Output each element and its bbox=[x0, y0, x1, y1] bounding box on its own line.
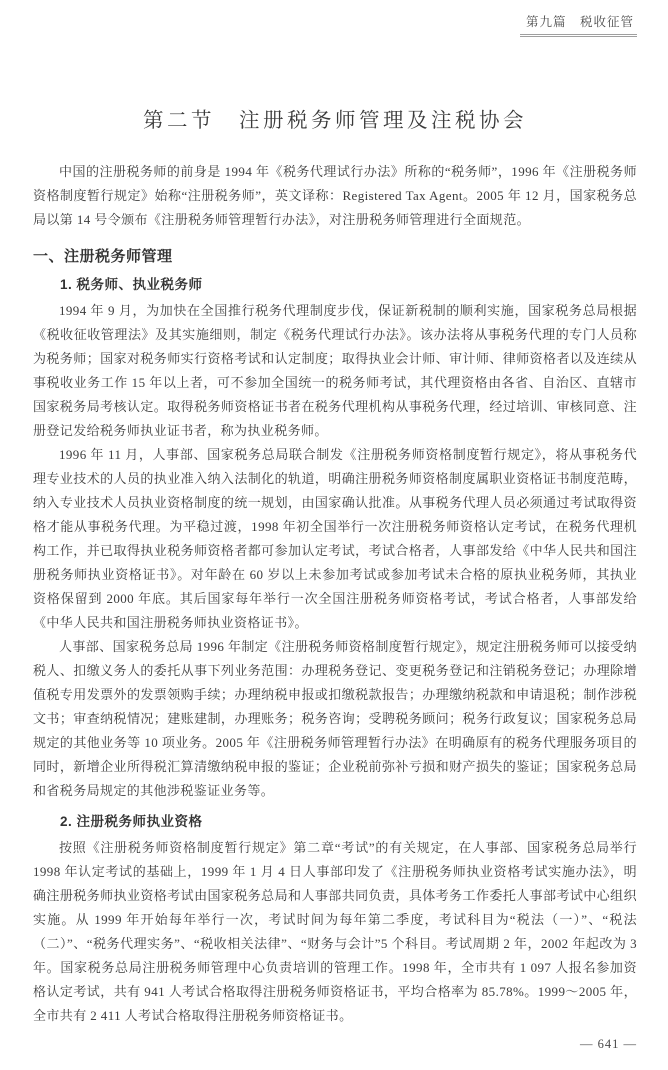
page-number: — 641 — bbox=[580, 1037, 637, 1052]
body-paragraph: 按照《注册税务师资格制度暂行规定》第二章“考试”的有关规定，在人事部、国家税务总… bbox=[33, 836, 637, 1028]
subsection-1-heading: 1. 税务师、执业税务师 bbox=[33, 273, 637, 293]
body-paragraph: 1996 年 11 月，人事部、国家税务总局联合制发《注册税务师资格制度暂行规定… bbox=[33, 443, 637, 635]
page-title: 第二节 注册税务师管理及注税协会 bbox=[33, 103, 637, 133]
section-heading: 一、注册税务师管理 bbox=[33, 245, 637, 266]
running-header-text: 第九篇 税收征管 bbox=[520, 12, 637, 37]
document-page: 第九篇 税收征管 第二节 注册税务师管理及注税协会 中国的注册税务师的前身是 1… bbox=[0, 0, 668, 1070]
body-paragraph: 人事部、国家税务总局 1996 年制定《注册税务师资格制度暂行规定》，规定注册税… bbox=[33, 635, 637, 803]
subsection-2-heading: 2. 注册税务师执业资格 bbox=[33, 810, 637, 830]
running-header: 第九篇 税收征管 bbox=[33, 12, 637, 37]
body-paragraph: 1994 年 9 月，为加快在全国推行税务代理制度步伐，保证新税制的顺利实施，国… bbox=[33, 299, 637, 443]
page-body: 中国的注册税务师的前身是 1994 年《税务代理试行办法》所称的“税务师”，19… bbox=[33, 160, 637, 1028]
intro-paragraph: 中国的注册税务师的前身是 1994 年《税务代理试行办法》所称的“税务师”，19… bbox=[33, 160, 637, 232]
